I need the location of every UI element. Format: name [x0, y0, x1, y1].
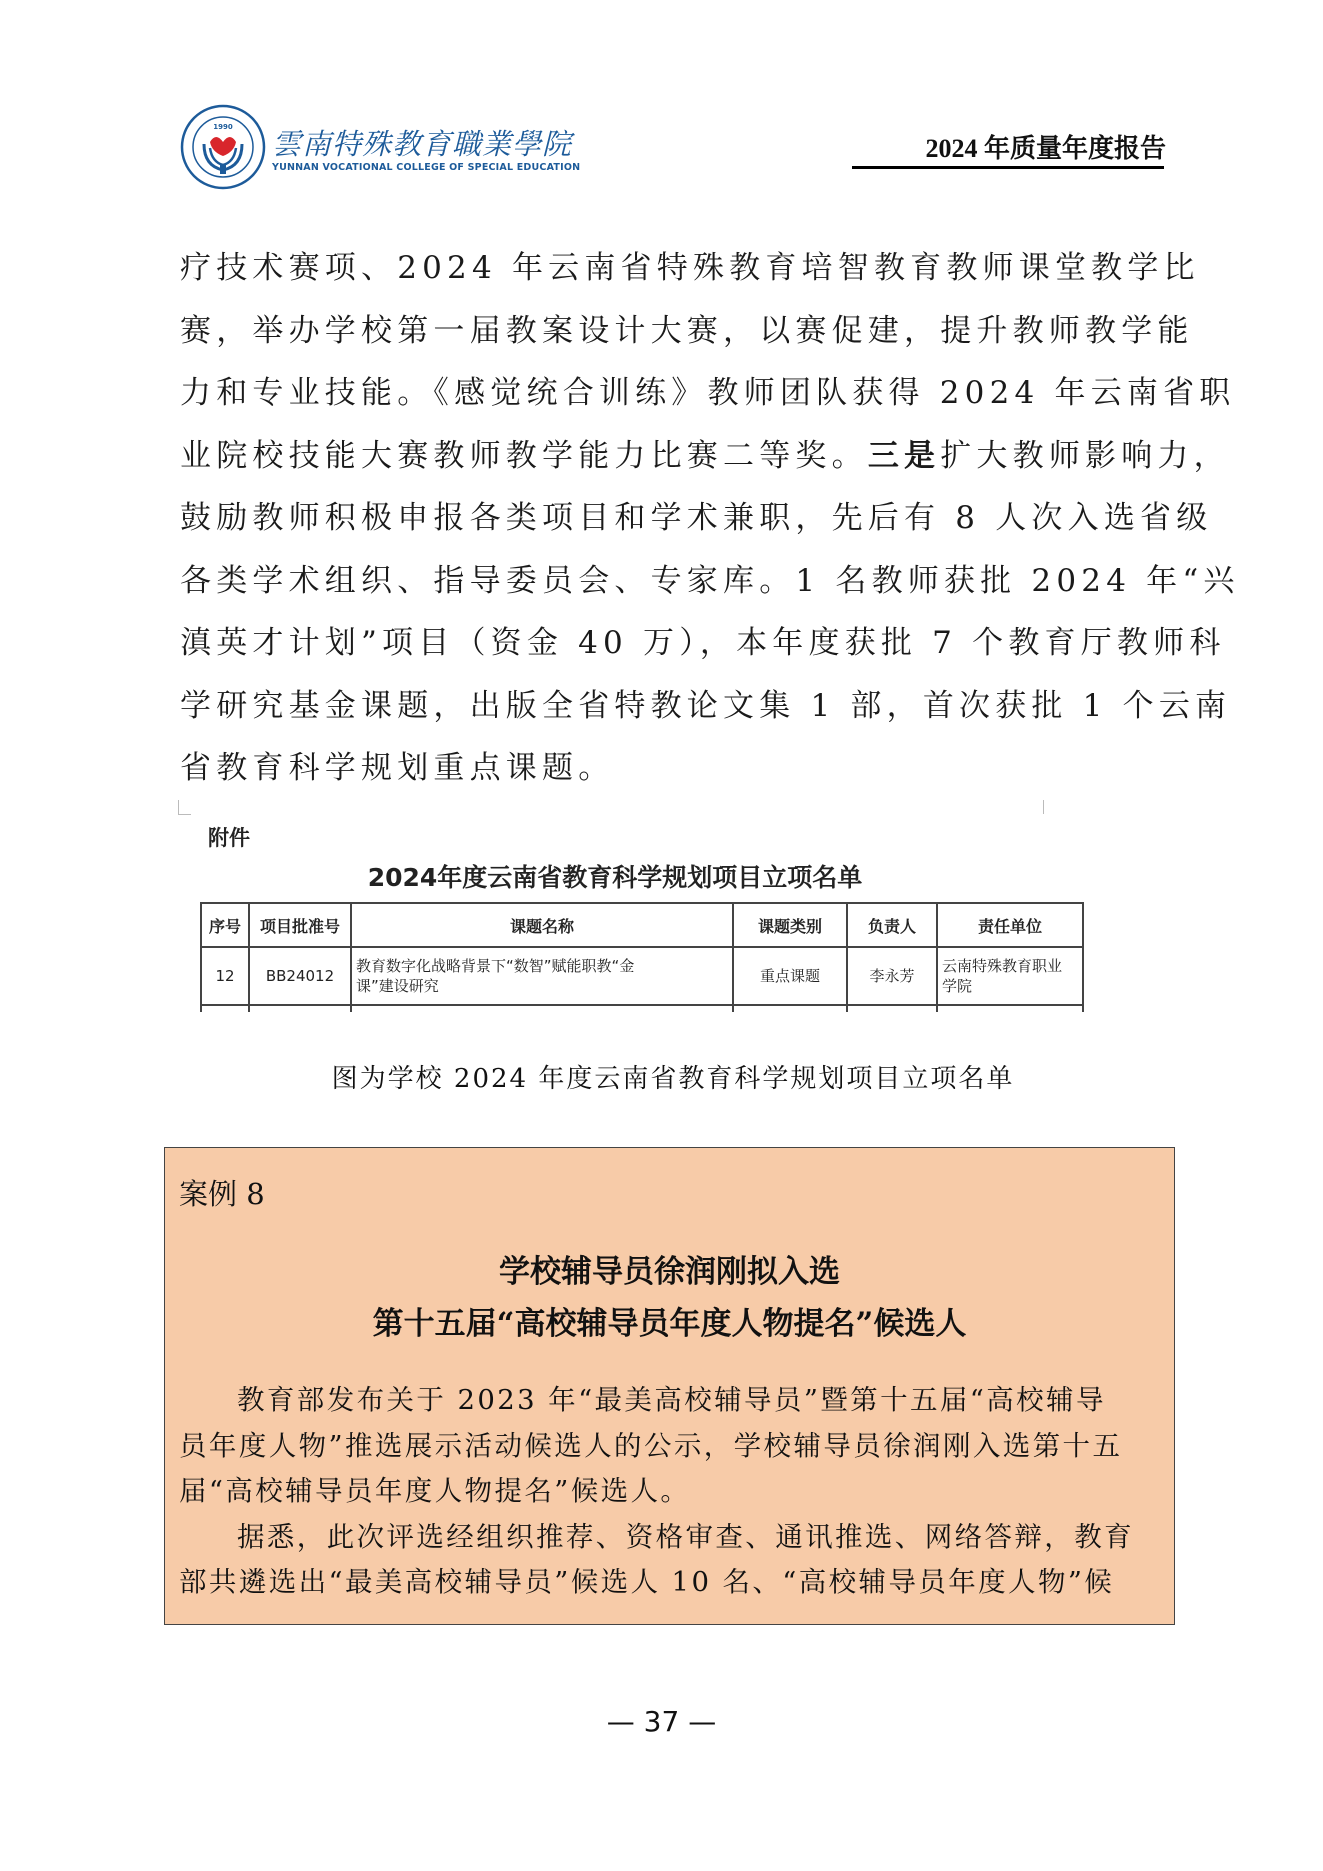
case-title: 学校辅导员徐润刚拟入选 [165, 1246, 1174, 1291]
body-line: 省教育科学规划重点课题。 [180, 748, 1166, 811]
attachment-label: 附件 [208, 822, 250, 852]
emphasis-text: 三是 [868, 438, 940, 474]
body-line: 各类学术组织、指导委员会、专家库。1 名教师获批 2024 年“兴 [180, 561, 1166, 624]
cell-category: 重点课题 [733, 947, 847, 1005]
body-paragraph: 疗技术赛项、2024 年云南省特殊教育培智教育教师课堂教学比 赛，举办学校第一届… [180, 248, 1166, 811]
column-header: 项目批准号 [249, 903, 351, 947]
body-text-segment: 扩大教师影响力， [940, 438, 1230, 474]
body-line: 学研究基金课题，出版全省特教论文集 1 部，首次获批 1 个云南 [180, 686, 1166, 749]
cell-approval-no: BB24012 [249, 947, 351, 1005]
crop-mark [1043, 800, 1044, 814]
unit-line: 学院 [942, 976, 1078, 996]
cell-unit: 云南特殊教育职业学院 [937, 947, 1083, 1005]
case-study-box: 案例 8 学校辅导员徐润刚拟入选 第十五届“高校辅导员年度人物提名”候选人 教育… [164, 1147, 1175, 1625]
cell-seq: 12 [201, 947, 249, 1005]
case-line: 教育部发布关于 2023 年“最美高校辅导员”暨第十五届“高校辅导 [179, 1382, 1159, 1428]
table-row: 12 BB24012 教育数字化战略背景下“数智”赋能职教“金课”建设研究 重点… [201, 947, 1083, 1005]
body-line: 业院校技能大赛教师教学能力比赛二等奖。三是扩大教师影响力， [180, 436, 1166, 499]
case-label: 案例 8 [179, 1172, 265, 1213]
case-line: 员年度人物”推选展示活动候选人的公示，学校辅导员徐润刚入选第十五 [179, 1428, 1159, 1474]
page-number: — 37 — [0, 1705, 1323, 1738]
case-subtitle: 第十五届“高校辅导员年度人物提名”候选人 [165, 1298, 1174, 1343]
body-line: 滇英才计划”项目（资金 40 万），本年度获批 7 个教育厅教师科 [180, 623, 1166, 686]
column-header: 课题名称 [351, 903, 733, 947]
project-table: 序号 项目批准号 课题名称 课题类别 负责人 责任单位 12 BB24012 教… [200, 902, 1084, 1012]
case-line: 部共遴选出“最美高校辅导员”候选人 10 名、“高校辅导员年度人物”候 [179, 1564, 1159, 1610]
cell-leader: 李永芳 [847, 947, 937, 1005]
body-text-segment: 业院校技能大赛教师教学能力比赛二等奖。 [180, 438, 868, 474]
table-header-row: 序号 项目批准号 课题名称 课题类别 负责人 责任单位 [201, 903, 1083, 947]
case-line: 据悉，此次评选经组织推荐、资格审查、通讯推选、网络答辩，教育 [179, 1519, 1159, 1565]
body-line: 力和专业技能。《感觉统合训练》教师团队获得 2024 年云南省职 [180, 373, 1166, 436]
crop-mark [178, 800, 191, 815]
column-header: 课题类别 [733, 903, 847, 947]
topic-line: 课”建设研究 [356, 976, 728, 996]
header-divider [852, 166, 1164, 169]
column-header: 负责人 [847, 903, 937, 947]
column-header: 责任单位 [937, 903, 1083, 947]
svg-text:1990: 1990 [213, 123, 233, 131]
case-line: 届“高校辅导员年度人物提名”候选人。 [179, 1473, 1159, 1519]
topic-line: 教育数字化战略背景下“数智”赋能职教“金 [356, 956, 728, 976]
logo-name-en: YUNNAN VOCATIONAL COLLEGE OF SPECIAL EDU… [272, 162, 580, 173]
column-header: 序号 [201, 903, 249, 947]
logo-name-cn: 雲南特殊教育職業學院 [272, 122, 572, 163]
cell-topic: 教育数字化战略背景下“数智”赋能职教“金课”建设研究 [351, 947, 733, 1005]
case-body: 教育部发布关于 2023 年“最美高校辅导员”暨第十五届“高校辅导 员年度人物”… [179, 1382, 1159, 1610]
body-line: 疗技术赛项、2024 年云南省特殊教育培智教育教师课堂教学比 [180, 248, 1166, 311]
table-row-cutoff [201, 1005, 1083, 1012]
unit-line: 云南特殊教育职业 [942, 956, 1078, 976]
college-seal-icon: 1990 [180, 104, 266, 190]
body-line: 赛，举办学校第一届教案设计大赛，以赛促建，提升教师教学能 [180, 311, 1166, 374]
figure-caption: 图为学校 2024 年度云南省教育科学规划项目立项名单 [180, 1058, 1166, 1095]
college-logo: 1990 雲南特殊教育職業學院 YUNNAN VOCATIONAL COLLEG… [180, 104, 480, 192]
body-line: 鼓励教师积极申报各类项目和学术兼职，先后有 8 人次入选省级 [180, 498, 1166, 561]
report-title: 2024 年质量年度报告 [925, 128, 1166, 165]
table-title: 2024年度云南省教育科学规划项目立项名单 [200, 858, 1030, 894]
